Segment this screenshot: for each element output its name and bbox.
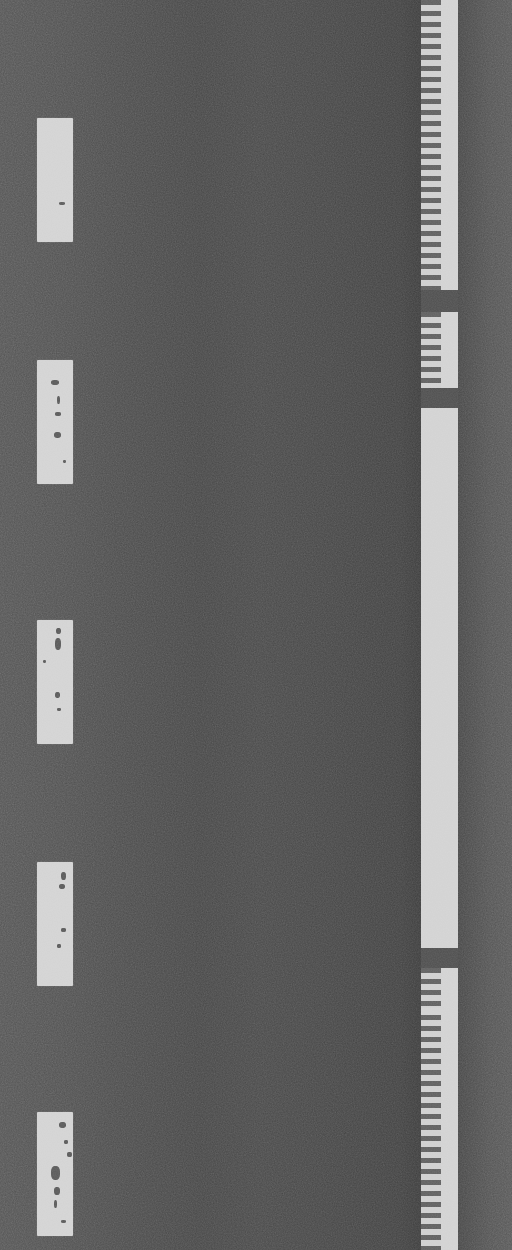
edge-line-break xyxy=(421,388,458,408)
edge-line-break xyxy=(421,290,458,312)
edge-line-wear xyxy=(421,1015,441,1250)
edge-line-wear xyxy=(421,0,441,290)
lane-dash-3 xyxy=(37,620,73,744)
lane-dash-1 xyxy=(37,118,73,242)
edge-line-wear xyxy=(421,312,441,390)
lane-dash-4 xyxy=(37,862,73,986)
lane-dash-5 xyxy=(37,1112,73,1236)
lane-dash-2 xyxy=(37,360,73,484)
edge-line-break xyxy=(421,948,458,968)
edge-line-wear xyxy=(421,968,441,1008)
